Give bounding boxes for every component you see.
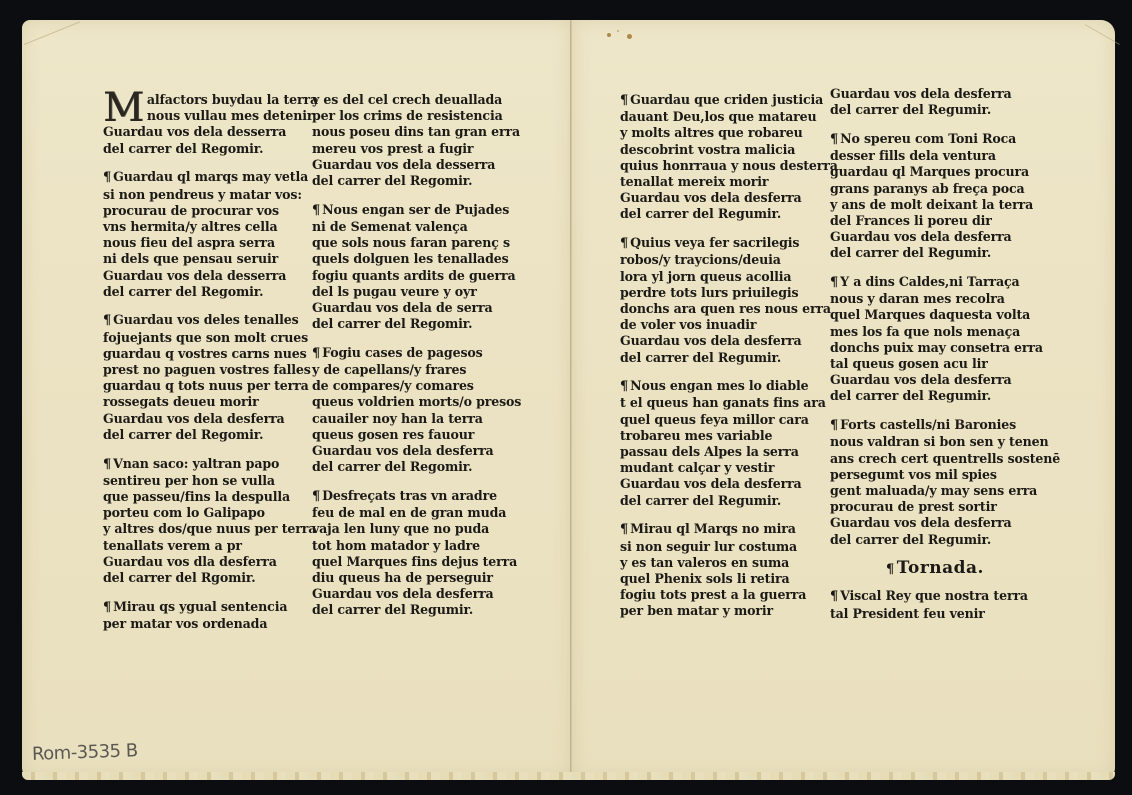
pencil-shelfmark: Rom-3535 B: [32, 740, 138, 765]
verse-line: del carrer del Rgomir.: [103, 570, 308, 586]
verse-line: que passeu/fins la despulla: [103, 489, 308, 505]
stanza: ¶Vnan saco: yaltran papo sentireu per ho…: [103, 456, 308, 587]
foxing-stain: [617, 30, 619, 32]
verse-line: per los crims de resistencia: [312, 108, 527, 124]
verse-line: fogiu quants ardits de guerra: [312, 268, 527, 284]
verse-line: ni dels que pensau seruir: [103, 251, 308, 267]
verse-line: del carrer del Regumir.: [830, 245, 1040, 261]
verse-line: Guardau vos dela desferra: [620, 476, 825, 492]
stanza: ¶Y a dins Caldes,ni Tarraça nous y daran…: [830, 274, 1040, 405]
deckled-bottom-edge: [22, 772, 1115, 780]
verse-line: tal queus gosen acu lir: [830, 356, 1040, 372]
verse-line: del carrer del Regumir.: [312, 602, 527, 618]
verse-line: y de capellans/y frares: [312, 362, 527, 378]
verse-line: robos/y traycions/deuia: [620, 252, 825, 268]
illuminated-initial: M: [103, 92, 144, 124]
stanza: ¶Desfreçats tras vn aradre feu de mal en…: [312, 488, 527, 619]
verse-line: rossegats deueu morir: [103, 394, 308, 410]
verse-line: del carrer del Regumir.: [830, 102, 1040, 118]
stanza: ¶Quius veya fer sacrilegis robos/y trayc…: [620, 235, 825, 366]
verse-line: de voler vos inuadir: [620, 317, 825, 333]
verse-line: desser fills dela ventura: [830, 148, 1040, 164]
pilcrow-icon: ¶: [312, 346, 320, 362]
verse-line: Guardau vos dela desserra: [312, 157, 527, 173]
verse-line: per ben matar y morir: [620, 603, 825, 619]
verse-line: tal President feu venir: [830, 606, 1040, 622]
verse-line: Guardau vos dela desferra: [103, 411, 308, 427]
verse-line: ¶Fogiu cases de pagesos: [312, 345, 527, 362]
verse-line: quel Marques daquesta volta: [830, 307, 1040, 323]
pilcrow-icon: ¶: [830, 589, 838, 605]
right-page-column-2: Guardau vos dela desferra del carrer del…: [830, 86, 1040, 634]
tornada-heading: ¶Tornada.: [830, 560, 1040, 578]
verse-line: descobrint vostra malicia: [620, 142, 825, 158]
verse-line: y es del cel crech deuallada: [312, 92, 527, 108]
verse-line: si non seguir lur costuma: [620, 539, 825, 555]
pilcrow-icon: ¶: [620, 522, 628, 538]
verse-line: ¶Mirau qs ygual sentencia: [103, 599, 308, 616]
pilcrow-icon: ¶: [830, 418, 838, 434]
verse-line: cauailer noy han la terra: [312, 411, 527, 427]
verse-line: Guardau vos dla desferra: [103, 554, 308, 570]
verse-line: ¶Guardau vos deles tenalles: [103, 312, 308, 329]
verse-line: sentireu per hon se vulla: [103, 473, 308, 489]
verse-line: y es tan valeros en suma: [620, 555, 825, 571]
verse-line: del carrer del Regumir.: [830, 388, 1040, 404]
verse-line: ¶Guardau ql marqs may vetla: [103, 169, 308, 186]
verse-line: Guardau vos dela desferra: [312, 443, 527, 459]
verse-line: Guardau vos dela desferra: [830, 515, 1040, 531]
verse-line: del carrer del Regomir.: [103, 427, 308, 443]
verse-line: ans crech cert quentrells sostenē: [830, 451, 1040, 467]
verse-line: feu de mal en de gran muda: [312, 505, 527, 521]
verse-line: mudant calçar y vestir: [620, 460, 825, 476]
stanza: ¶Guardau que criden justicia dauant Deu,…: [620, 92, 825, 223]
stanza: ¶Fogiu cases de pagesos y de capellans/y…: [312, 345, 527, 476]
verse-line: tenallat mereix morir: [620, 174, 825, 190]
verse-line: trobareu mes variable: [620, 428, 825, 444]
verse-line: nous y daran mes recolra: [830, 291, 1040, 307]
verse-line: ¶Desfreçats tras vn aradre: [312, 488, 527, 505]
stanza: ¶Mirau qs ygual sentencia per matar vos …: [103, 599, 308, 632]
verse-line: vaja len luny que no puda: [312, 521, 527, 537]
verse-line: queus gosen res fauour: [312, 427, 527, 443]
foxing-stain: [607, 33, 611, 37]
foxing-stain: [627, 34, 632, 39]
verse-line: ¶Y a dins Caldes,ni Tarraça: [830, 274, 1040, 291]
verse-line: procurau de procurar vos: [103, 203, 308, 219]
verse-line: del carrer del Regumir.: [830, 532, 1040, 548]
verse-line: ¶Forts castells/ni Baronies: [830, 417, 1040, 434]
pilcrow-icon: ¶: [620, 236, 628, 252]
verse-line: nous fieu del aspra serra: [103, 235, 308, 251]
left-page-column-2: y es del cel crech deuallada per los cri…: [312, 92, 527, 631]
verse-line: del Frances li poreu dir: [830, 213, 1040, 229]
stanza: ¶No spereu com Toni Roca desser fills de…: [830, 131, 1040, 262]
verse-line: persegumt vos mil spies: [830, 467, 1040, 483]
verse-line: gent maluada/y may sens erra: [830, 483, 1040, 499]
verse-line: ¶Mirau ql Marqs no mira: [620, 521, 825, 538]
verse-line: ¶Viscal Rey que nostra terra: [830, 588, 1040, 605]
verse-line: Guardau vos dela desferra: [312, 586, 527, 602]
pilcrow-icon: ¶: [312, 489, 320, 505]
pilcrow-icon: ¶: [103, 313, 111, 329]
verse-line: lora yl jorn queus acollia: [620, 269, 825, 285]
verse-line: donchs ara quen res nous erra: [620, 301, 825, 317]
verse-line: dauant Deu,los que matareu: [620, 109, 825, 125]
stanza: Guardau vos dela desferra del carrer del…: [830, 86, 1040, 118]
verse-line: guardau ql Marques procura: [830, 164, 1040, 180]
verse-line: Guardau vos dela desferra: [830, 86, 1040, 102]
verse-line: vns hermita/y altres cella: [103, 219, 308, 235]
verse-line: quel Marques fins dejus terra: [312, 554, 527, 570]
stanza: ¶Nous engan mes lo diable t el queus han…: [620, 378, 825, 509]
verse-line: grans paranys ab freça poca: [830, 181, 1040, 197]
verse-line: donchs puix may consetra erra: [830, 340, 1040, 356]
verse-line: ¶Nous engan mes lo diable: [620, 378, 825, 395]
pilcrow-icon: ¶: [830, 275, 838, 291]
verse-line: ¶No spereu com Toni Roca: [830, 131, 1040, 148]
pilcrow-icon: ¶: [886, 562, 895, 578]
verse-line: fogiu tots prest a la guerra: [620, 587, 825, 603]
page-gutter-fold: [570, 20, 572, 778]
verse-line: nous poseu dins tan gran erra: [312, 124, 527, 140]
verse-line: del carrer del Regomir.: [312, 459, 527, 475]
verse-line: del ls pugau veure y oyr: [312, 284, 527, 300]
stanza: ¶Forts castells/ni Baronies nous valdran…: [830, 417, 1040, 548]
verse-line: tot hom matador y ladre: [312, 538, 527, 554]
verse-line: guardau q tots nuus per terra: [103, 378, 308, 394]
verse-line: ¶Guardau que criden justicia: [620, 92, 825, 109]
stanza: ¶Nous engan ser de Pujades ni de Semenat…: [312, 202, 527, 333]
verse-line: quel queus feya millor cara: [620, 412, 825, 428]
verse-line: Guardau vos dela desferra: [830, 372, 1040, 388]
verse-line: procurau de prest sortir: [830, 499, 1040, 515]
verse-line: prest no paguen vostres falles: [103, 362, 308, 378]
verse-line: diu queus ha de perseguir: [312, 570, 527, 586]
verse-line: tenallats verem a pr: [103, 538, 308, 554]
verse-line: t el queus han ganats fins ara: [620, 395, 825, 411]
right-page-column-1: ¶Guardau que criden justicia dauant Deu,…: [620, 92, 825, 632]
verse-line: ¶Quius veya fer sacrilegis: [620, 235, 825, 252]
pilcrow-icon: ¶: [830, 132, 838, 148]
verse-line: del carrer del Regumir.: [620, 206, 825, 222]
pilcrow-icon: ¶: [312, 203, 320, 219]
stanza: y es del cel crech deuallada per los cri…: [312, 92, 527, 189]
verse-line: del carrer del Regomir.: [312, 316, 527, 332]
verse-line: ¶Nous engan ser de Pujades: [312, 202, 527, 219]
verse-line: quels dolguen les tenallades: [312, 251, 527, 267]
verse-line: queus voldrien morts/o presos: [312, 394, 527, 410]
stanza: ¶Guardau ql marqs may vetla si non pendr…: [103, 169, 308, 300]
verse-line: del carrer del Regomir.: [312, 173, 527, 189]
verse-line: del carrer del Regomir.: [103, 284, 308, 300]
verse-line: passau dels Alpes la serra: [620, 444, 825, 460]
verse-line: Guardau vos dela desferra: [620, 190, 825, 206]
verse-line: ¶Vnan saco: yaltran papo: [103, 456, 308, 473]
verse-line: Guardau vos dela desferra: [620, 333, 825, 349]
pilcrow-icon: ¶: [620, 379, 628, 395]
verse-line: si non pendreus y matar vos:: [103, 187, 308, 203]
stanza: M alfactors buydau la terra nous vullau …: [103, 92, 308, 157]
verse-line: guardau q vostres carns nues: [103, 346, 308, 362]
verse-line: porteu com lo Galipapo: [103, 505, 308, 521]
verse-line: de compares/y comares: [312, 378, 527, 394]
verse-line: del carrer del Regumir.: [620, 493, 825, 509]
pilcrow-icon: ¶: [103, 170, 111, 186]
verse-line: fojuejants que son molt crues: [103, 330, 308, 346]
verse-line: nous valdran si bon sen y tenen: [830, 434, 1040, 450]
left-page-column-1: M alfactors buydau la terra nous vullau …: [103, 92, 308, 645]
verse-line: Guardau vos dela desserra: [103, 268, 308, 284]
verse-line: que sols nous faran parenç s: [312, 235, 527, 251]
verse-line: Guardau vos dela desferra: [830, 229, 1040, 245]
stanza: ¶Mirau ql Marqs no mira si non seguir lu…: [620, 521, 825, 619]
verse-line: quel Phenix sols li retira: [620, 571, 825, 587]
verse-line: quius honrraua y nous desterra: [620, 158, 825, 174]
verse-line: mes los fa que nols menaça: [830, 324, 1040, 340]
verse-line: ni de Semenat valença: [312, 219, 527, 235]
verse-line: Guardau vos dela de serra: [312, 300, 527, 316]
pilcrow-icon: ¶: [620, 93, 628, 109]
verse-line: perdre tots lurs priuilegis: [620, 285, 825, 301]
verse-line: per matar vos ordenada: [103, 616, 308, 632]
verse-line: y ans de molt deixant la terra: [830, 197, 1040, 213]
verse-line: Guardau vos dela desserra: [103, 124, 308, 140]
verse-line: del carrer del Regomir.: [103, 141, 308, 157]
verse-line: y molts altres que robareu: [620, 125, 825, 141]
stanza: ¶Guardau vos deles tenalles fojuejants q…: [103, 312, 308, 443]
stanza: ¶Viscal Rey que nostra terra tal Preside…: [830, 588, 1040, 621]
pilcrow-icon: ¶: [103, 600, 111, 616]
verse-line: del carrer del Regumir.: [620, 350, 825, 366]
verse-line: y altres dos/que nuus per terra: [103, 521, 308, 537]
pilcrow-icon: ¶: [103, 457, 111, 473]
verse-line: mereu vos prest a fugir: [312, 141, 527, 157]
